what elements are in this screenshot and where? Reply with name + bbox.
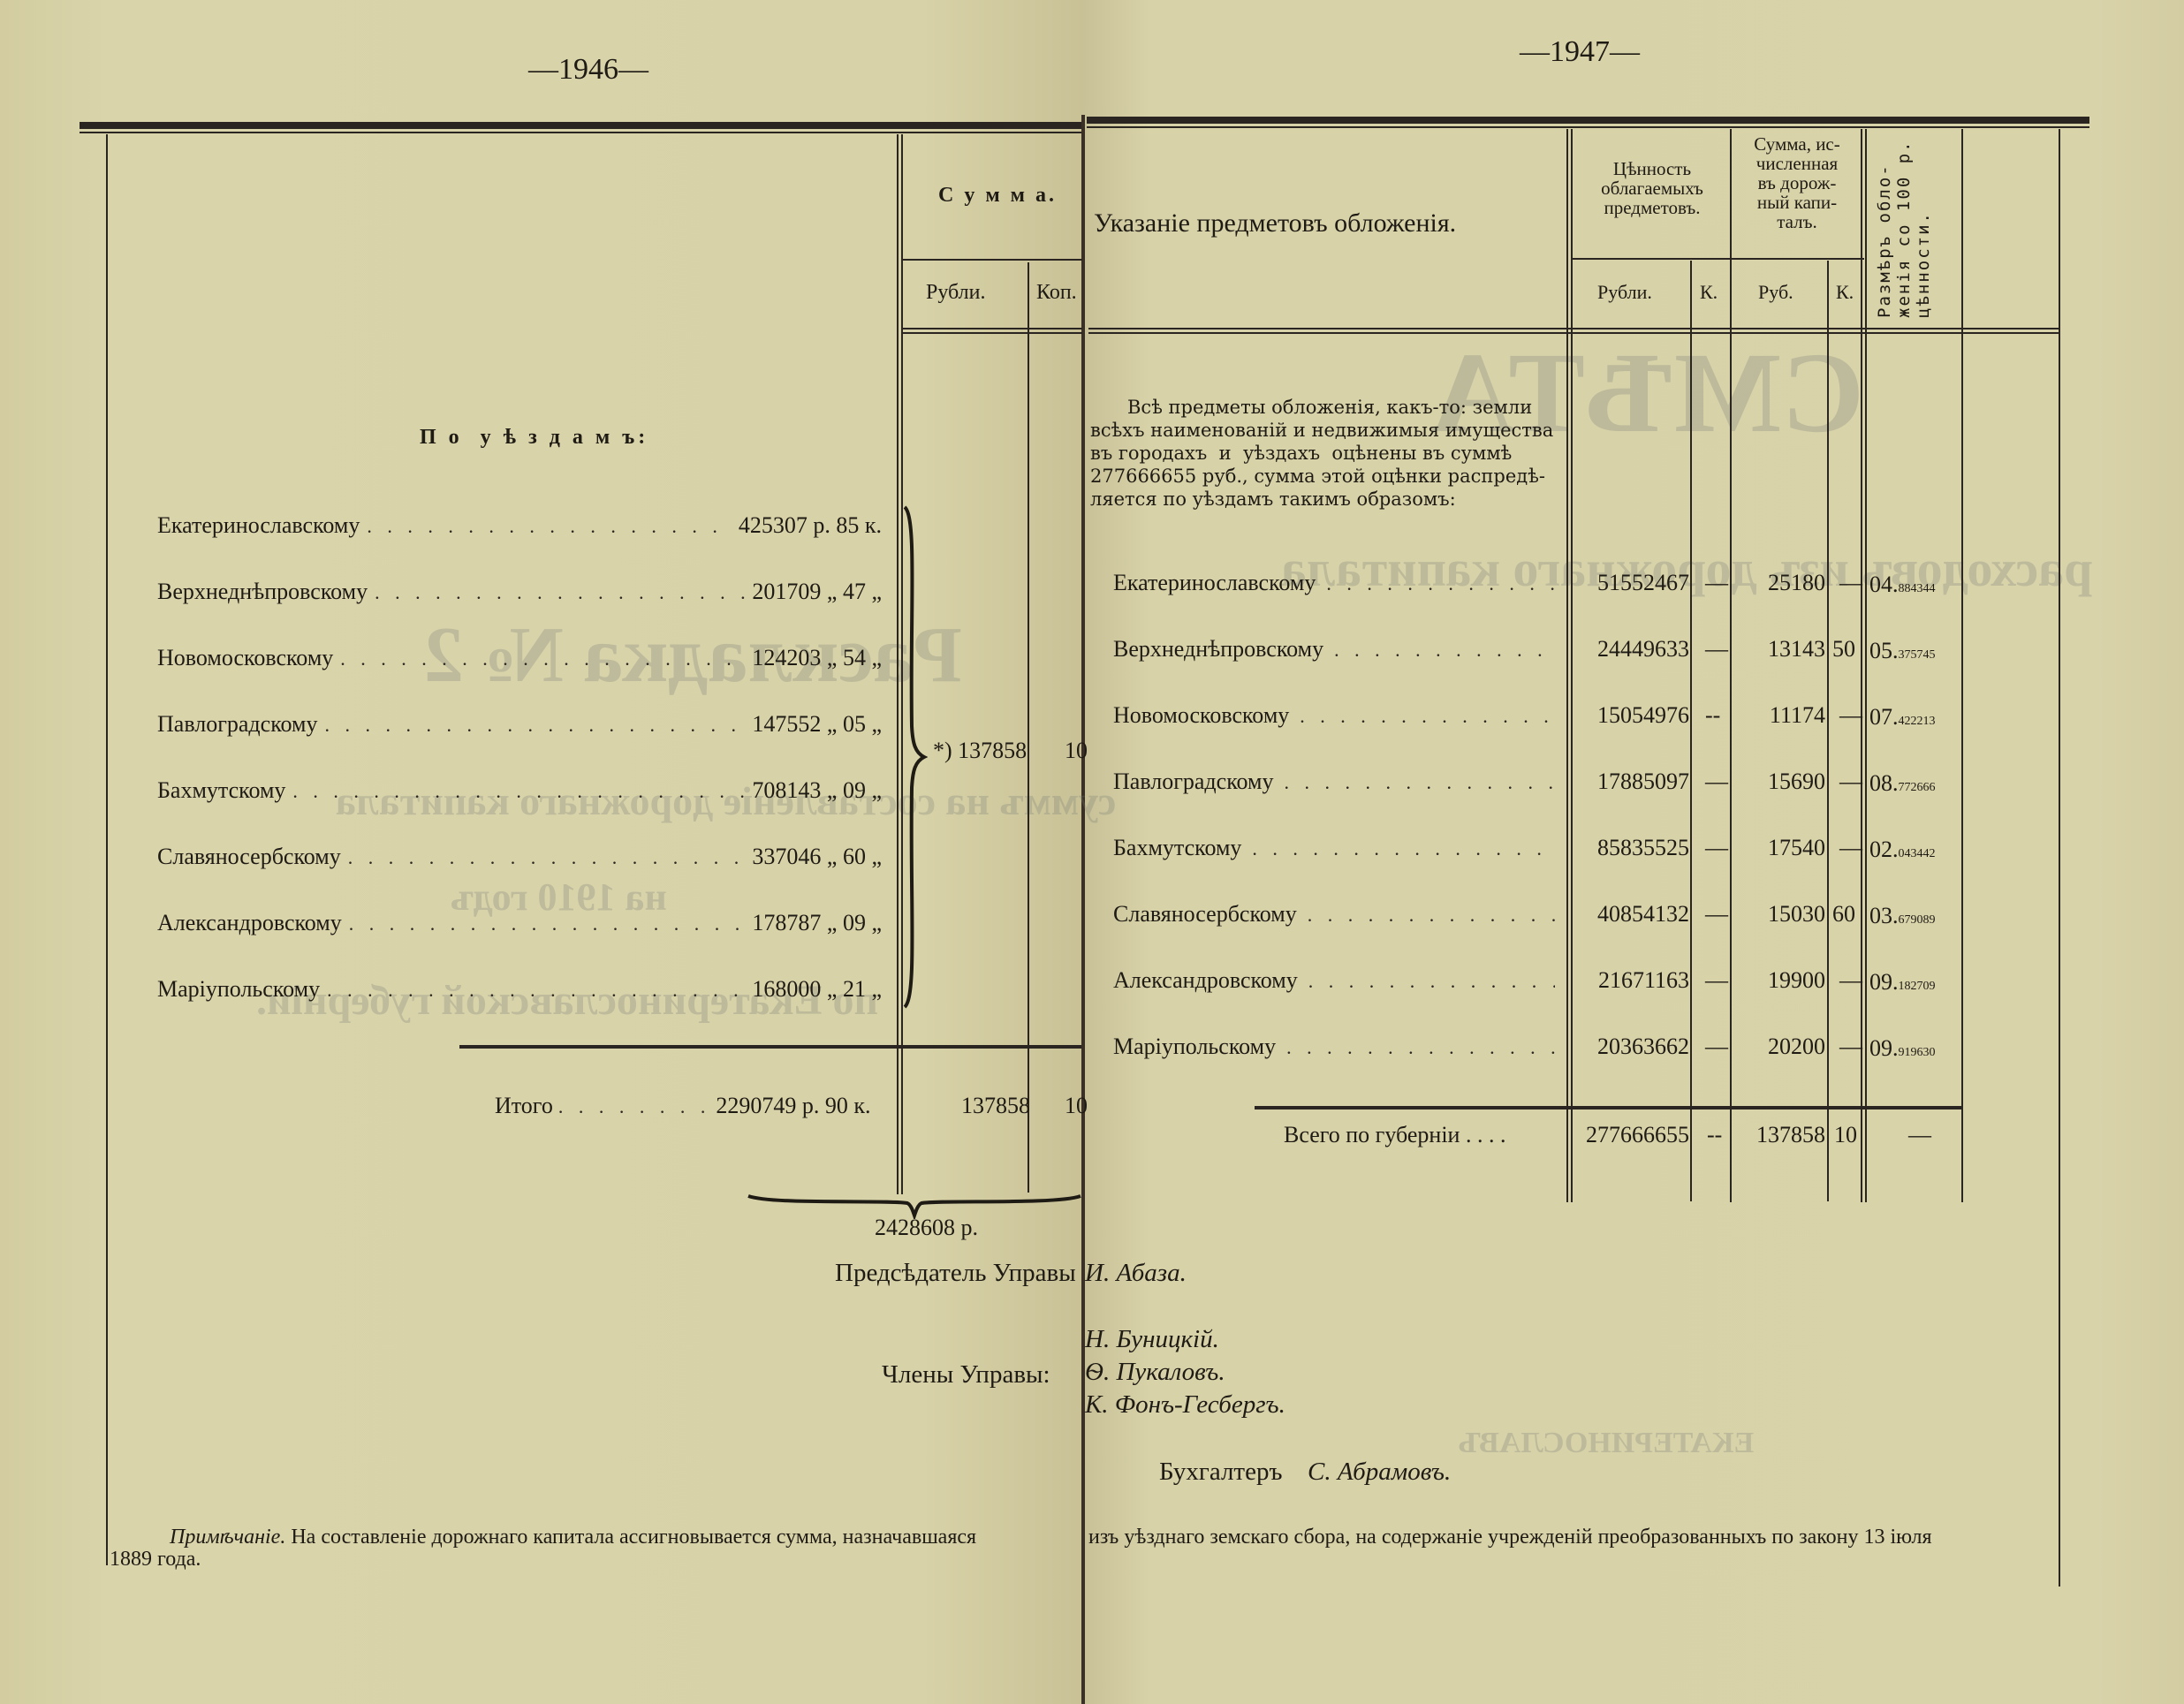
member-name: К. Фонъ-Гесбергъ. (1085, 1390, 1285, 1420)
province-total-value: 277666655 (1586, 1122, 1689, 1148)
left-total-rule (459, 1045, 1081, 1049)
rub-kop-divider (1028, 262, 1029, 1193)
sum-rub-header: Руб. (1758, 281, 1793, 304)
uyezd-name: Верхнеднѣпровскому (1113, 636, 1323, 663)
rate-integer: 02. (1869, 837, 1899, 862)
capital-sum: 25180 (1768, 570, 1825, 596)
rate-fraction: 772666 (1899, 781, 1936, 794)
value-subheader-rule (1573, 258, 1864, 260)
sum-header-line: въ дорож- (1732, 173, 1862, 193)
capital-sum: 17540 (1768, 835, 1825, 861)
assessed-value: 17885097 (1597, 769, 1689, 795)
footnote-text-left: На составленіе дорожнаго капитала ассигн… (291, 1526, 976, 1549)
rate-integer: 05. (1869, 638, 1899, 663)
value-kopecks: — (1705, 769, 1728, 795)
dot-leader: . . . . . . . . . . . . . . . . . . . . (1308, 904, 1555, 927)
sum-header-line: Сумма, ис- (1732, 134, 1862, 154)
footnote-line1-right: изъ уѣзднаго земскаго сбора, на содержан… (1088, 1526, 1932, 1549)
value-kopecks: — (1705, 835, 1728, 861)
chairman-label: Предсѣдатель Управы (835, 1259, 1076, 1288)
rate-integer: 09. (1869, 969, 1899, 995)
footnote-label: Примѣчаніе. (170, 1526, 285, 1549)
uyezd-amount: 425307 р. 85 к. (739, 512, 882, 539)
left-row: Новомосковскому . . . . . . . . . . . . … (157, 645, 882, 671)
book-spine (1081, 115, 1085, 1704)
dot-leader: . . . . . . . . (558, 1095, 711, 1118)
tax-rate: 03.679089 (1869, 903, 1936, 929)
tax-rate: 08.772666 (1869, 770, 1936, 797)
intro-line: 277666655 руб., сумма этой оцѣнки распре… (1090, 465, 1558, 488)
left-row: Бахмутскому . . . . . . . . . . . . . . … (157, 777, 882, 804)
assessed-value: 15054976 (1597, 702, 1689, 729)
rate-integer: 03. (1869, 903, 1899, 928)
assessed-value: 24449633 (1597, 636, 1689, 663)
sum-header-line: численная (1732, 154, 1862, 173)
rate-fraction: 919630 (1899, 1046, 1936, 1059)
uyezd-name: Маріупольскому (1113, 1034, 1276, 1060)
dot-leader: . . . . . . . . . . . . . . . . . . . . (1284, 771, 1555, 794)
dot-leader: . . . . . . . . . . . . . . . . . . . . (1326, 572, 1555, 595)
right-row: Верхнеднѣпровскому . . . . . . . . . . .… (1113, 636, 2067, 666)
value-header-line: предметовъ. (1573, 198, 1732, 217)
right-total-row: Всего по губерніи . . . . 277666655 -- 1… (1113, 1122, 2067, 1152)
footnote-line2: 1889 года. (110, 1548, 201, 1571)
sum-header-line: талъ. (1732, 212, 1862, 231)
capital-sum: 20200 (1768, 1034, 1825, 1060)
capital-sum: 15030 (1768, 901, 1825, 928)
footnote-line1-left: Примѣчаніе. На составленіе дорожнаго кап… (170, 1526, 976, 1549)
left-row: Павлоградскому . . . . . . . . . . . . .… (157, 711, 882, 738)
right-row: Александровскому . . . . . . . . . . . .… (1113, 967, 2067, 997)
capital-kopecks: — (1839, 835, 1862, 861)
intro-line: Всѣ предметы обложенія, какъ-то: земли (1090, 396, 1558, 419)
right-top-rule-thin (1087, 126, 2089, 128)
value-k-header: К. (1700, 281, 1718, 304)
right-row: Павлоградскому . . . . . . . . . . . . .… (1113, 769, 2067, 799)
uyezd-name: Бахмутскому (1113, 835, 1241, 861)
tax-rate: 07.422213 (1869, 704, 1936, 731)
uyezd-amount: 178787 „ 09 „ (752, 910, 882, 936)
rate-header-line: цѣнности. (1914, 140, 1933, 318)
right-row: Екатеринославскому . . . . . . . . . . .… (1113, 570, 2067, 600)
rate-fraction: 182709 (1899, 980, 1936, 993)
left-top-rule-thin (80, 132, 1081, 133)
rate-header-line: Размѣръ обло- (1875, 140, 1894, 318)
tax-rate: 09.182709 (1869, 969, 1936, 996)
right-header-bottom-a (1088, 328, 2059, 329)
assessed-value: 85835525 (1597, 835, 1689, 861)
sum-capital-header: Сумма, ис- численная въ дорож- ный капи-… (1732, 134, 1862, 231)
left-top-rule-thick (80, 122, 1081, 129)
rate-fraction: 375745 (1899, 648, 1936, 662)
members-label: Члены Управы: (882, 1360, 1050, 1390)
rate-fraction: 422213 (1899, 715, 1936, 728)
left-row: Александровскому . . . . . . . . . . . .… (157, 910, 882, 936)
uyezd-name: Екатеринославскому (1113, 570, 1316, 596)
uyezd-name: Павлоградскому (157, 711, 317, 738)
rate-integer: 09. (1869, 1035, 1899, 1061)
intro-paragraph: Всѣ предметы обложенія, какъ-то: земли в… (1090, 396, 1558, 511)
right-curly-brace-icon (901, 505, 928, 1009)
total-amount: 2290749 р. 90 к. (716, 1093, 870, 1119)
capital-kopecks: 60 (1832, 901, 1855, 928)
braced-sum-kopecks: 10 (1065, 738, 1088, 764)
dot-leader: . . . . . . . . . . . . . . . . . . . . (1252, 837, 1555, 860)
right-header-bottom-b (1088, 332, 2059, 334)
province-total-label: Всего по губерніи . . . . (1284, 1122, 1505, 1148)
uyezd-name: Екатеринославскому (157, 512, 360, 539)
dot-leader: . . . . . . . . . . . . . . . . . . . . … (375, 581, 745, 604)
member-name: Ѳ. Пукаловъ. (1085, 1358, 1225, 1387)
province-total-rate: — (1908, 1122, 1931, 1148)
uyezd-amount: 168000 „ 21 „ (752, 976, 882, 1003)
tax-rate: 02.043442 (1869, 837, 1936, 863)
uyezd-name: Славяносербскому (1113, 901, 1297, 928)
value-kopecks: -- (1705, 702, 1720, 729)
accountant-name: С. Абрамовъ. (1308, 1458, 1451, 1487)
right-row: Маріупольскому . . . . . . . . . . . . .… (1113, 1034, 2067, 1064)
intro-line: всѣхъ наименованій и недвижимыя имуществ… (1090, 419, 1558, 442)
grand-total: 2428608 р. (875, 1215, 978, 1241)
province-total-sum: 137858 (1756, 1122, 1825, 1148)
uyezd-name: Верхнеднѣпровскому (157, 579, 368, 605)
dot-leader: . . . . . . . . . . . . . . . . . . . . (1308, 970, 1555, 993)
sum-header-line: ный капи- (1732, 193, 1862, 212)
capital-sum: 15690 (1768, 769, 1825, 795)
rate-header-line: женія со 100 р. (1894, 140, 1914, 318)
rate-fraction: 884344 (1899, 582, 1936, 595)
left-row: Верхнеднѣпровскому . . . . . . . . . . .… (157, 579, 882, 605)
total-sum-kopecks: 10 (1065, 1093, 1088, 1119)
intro-line: въ городахъ и уѣздахъ оцѣнены въ суммѣ (1090, 442, 1558, 465)
dot-leader: . . . . . . . . . . . . . . . . . . . . … (292, 780, 745, 803)
value-header-line: Цѣнность (1573, 159, 1732, 178)
rate-integer: 07. (1869, 704, 1899, 730)
left-border (106, 134, 108, 1565)
assessed-value: 20363662 (1597, 1034, 1689, 1060)
value-rubles-header: Рубли. (1597, 281, 1652, 304)
accountant-label: Бухгалтеръ (1159, 1458, 1282, 1487)
right-row: Новомосковскому . . . . . . . . . . . . … (1113, 702, 2067, 732)
uyezd-name: Новомосковскому (157, 645, 333, 671)
uyezd-name: Александровскому (157, 910, 342, 936)
value-header: Цѣнность облагаемыхъ предметовъ. (1573, 159, 1732, 217)
intro-line: ляется по уѣздамъ такимъ образомъ: (1090, 488, 1558, 511)
dot-leader: . . . . . . . . . . . . . . . . . . . . … (349, 913, 746, 935)
uyezd-name: Павлоградскому (1113, 769, 1273, 795)
rate-integer: 04. (1869, 572, 1899, 597)
right-top-rule-thick (1087, 117, 2089, 124)
assessed-value: 40854132 (1597, 901, 1689, 928)
uyezd-amount: 708143 „ 09 „ (752, 777, 882, 804)
rubles-header: Рубли. (926, 281, 985, 305)
dot-leader: . . . . . . . . . . . . . . . . . . . . … (348, 846, 746, 869)
left-page-number: —1946— (528, 53, 648, 87)
uyezd-amount: 337046 „ 60 „ (752, 844, 882, 870)
left-row: Славяносербскому . . . . . . . . . . . .… (157, 844, 882, 870)
sum-col-border-a (897, 134, 899, 1194)
left-header-bottom-a (901, 328, 1082, 329)
dot-leader: . . . . . . . . . . . . . . . . . . . . (1300, 705, 1555, 728)
dot-leader: . . . . . . . . . . . . . . . . . . . . (1334, 639, 1555, 662)
value-kopecks: — (1705, 901, 1728, 928)
capital-kopecks: — (1839, 1034, 1862, 1060)
rate-fraction: 043442 (1899, 847, 1936, 860)
rate-integer: 08. (1869, 770, 1899, 796)
braced-sum-rubles: *) 137858 (933, 738, 1027, 764)
uyezd-name: Бахмутскому (157, 777, 285, 804)
dot-leader: . . . . . . . . . . . . . . . . . . . . … (324, 714, 745, 737)
rate-header: Размѣръ обло- женія со 100 р. цѣнности. (1875, 140, 1933, 318)
dot-leader: . . . . . . . . . . . . . . . . . . . . … (367, 515, 732, 538)
sum-subheader-rule (901, 259, 1082, 261)
value-header-line: облагаемыхъ (1573, 178, 1732, 198)
left-total-row: Итого . . . . . . . . 2290749 р. 90 к. (495, 1093, 870, 1119)
total-label: Итого (495, 1093, 553, 1119)
dot-leader: . . . . . . . . . . . . . . . . . . . . (1286, 1036, 1555, 1059)
uyezd-name: Славяносербскому (157, 844, 341, 870)
dot-leader: . . . . . . . . . . . . . . . . . . . . … (340, 648, 745, 670)
capital-kopecks: — (1839, 769, 1862, 795)
sum-header: С у м м а. (938, 184, 1057, 208)
capital-kopecks: — (1839, 570, 1862, 596)
left-header-bottom-b (901, 332, 1082, 334)
value-kopecks: — (1705, 636, 1728, 663)
by-uyezd-heading: П о у ѣ з д а м ъ: (420, 426, 648, 450)
uyezd-amount: 147552 „ 05 „ (752, 711, 882, 738)
member-name: Н. Буницкій. (1085, 1325, 1219, 1354)
right-row: Бахмутскому . . . . . . . . . . . . . . … (1113, 835, 2067, 865)
value-kopecks: — (1705, 1034, 1728, 1060)
chairman-name: И. Абаза. (1085, 1259, 1187, 1288)
capital-kopecks: 50 (1832, 636, 1855, 663)
province-total-sk: 10 (1834, 1122, 1857, 1148)
capital-sum: 19900 (1768, 967, 1825, 994)
capital-kopecks: — (1839, 967, 1862, 994)
capital-kopecks: — (1839, 702, 1862, 729)
assessed-value: 51552467 (1597, 570, 1689, 596)
capital-sum: 11174 (1770, 702, 1825, 729)
sum-k-header: К. (1836, 281, 1854, 304)
tax-rate: 05.375745 (1869, 638, 1936, 664)
rate-fraction: 679089 (1899, 913, 1936, 927)
kopecks-header: Коп. (1036, 281, 1077, 305)
assessed-value: 21671163 (1598, 967, 1689, 994)
left-row: Маріупольскому . . . . . . . . . . . . .… (157, 976, 882, 1003)
dot-leader: . . . . . . . . . . . . . . . . . . . . … (327, 979, 745, 1002)
right-page-number: —1947— (1520, 35, 1640, 69)
tax-rate: 04.884344 (1869, 572, 1936, 598)
description-header: Указаніе предметовъ обложенія. (1094, 208, 1456, 239)
uyezd-name: Александровскому (1113, 967, 1298, 994)
capital-sum: 13143 (1768, 636, 1825, 663)
bleed-through-publisher: ЕКАТЕРИНОСЛАВЪ (1458, 1427, 1754, 1460)
uyezd-amount: 201709 „ 47 „ (752, 579, 882, 605)
uyezd-name: Новомосковскому (1113, 702, 1289, 729)
value-kopecks: — (1705, 570, 1728, 596)
province-total-vk: -- (1707, 1122, 1722, 1148)
uyezd-name: Маріупольскому (157, 976, 320, 1003)
uyezd-amount: 124203 „ 54 „ (752, 645, 882, 671)
right-total-rule (1255, 1106, 1961, 1109)
left-row: Екатеринославскому . . . . . . . . . . .… (157, 512, 882, 539)
right-row: Славяносербскому . . . . . . . . . . . .… (1113, 901, 2067, 931)
tax-rate: 09.919630 (1869, 1035, 1936, 1062)
total-sum-rubles: 137858 (961, 1093, 1030, 1119)
value-kopecks: — (1705, 967, 1728, 994)
